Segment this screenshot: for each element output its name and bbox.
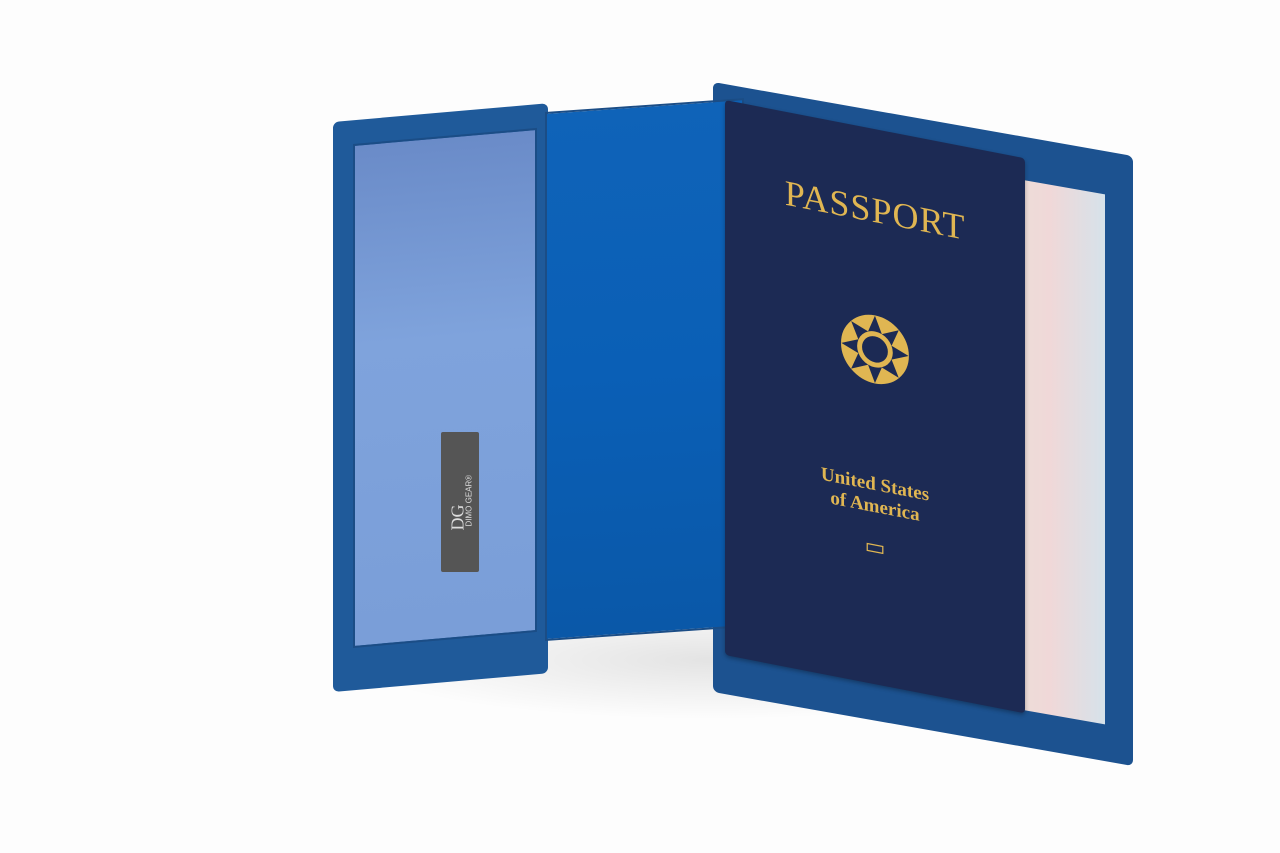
- passport-cover: PASSPORT ❂ United States of America ▭: [725, 100, 1025, 713]
- brand-name: DIMO GEAR®: [465, 467, 474, 527]
- passport-title: PASSPORT: [725, 160, 1025, 260]
- brand-label: DG DIMO GEAR®: [441, 432, 479, 572]
- eagle-emblem-icon: ❂: [725, 270, 1025, 433]
- wallet-lining: [545, 98, 744, 641]
